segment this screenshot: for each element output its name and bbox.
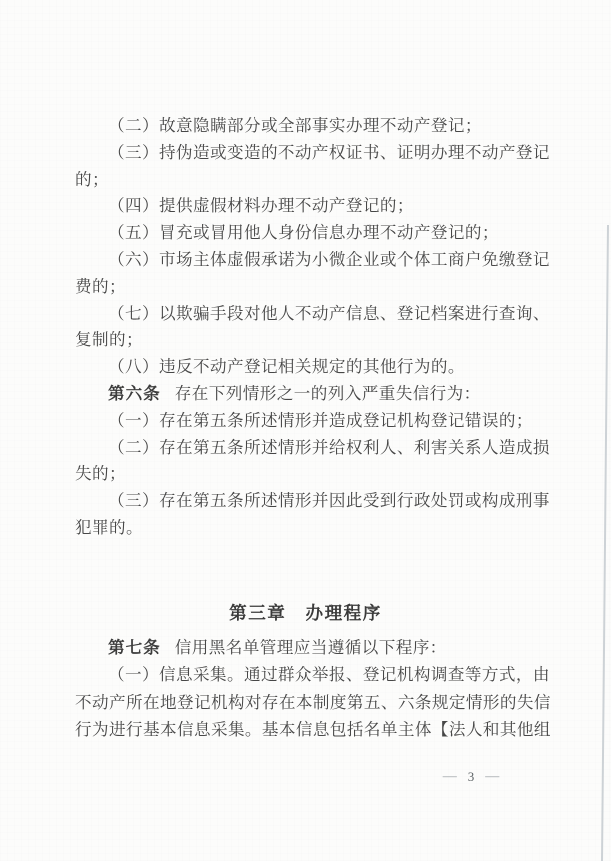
article-line: 第七条信用黑名单管理应当遵循以下程序： bbox=[75, 634, 551, 661]
clause-line: （二）存在第五条所述情形并给权利人、利害关系人造成损 bbox=[75, 435, 551, 462]
page-number-dash-right: — bbox=[485, 769, 499, 785]
procedure-section: 第七条信用黑名单管理应当遵循以下程序： （一）信息采集。通过群众举报、登记机构调… bbox=[75, 634, 551, 743]
page-number-value: 3 bbox=[468, 769, 475, 785]
clause-line-continuation: 不动产所在地登记机构对存在本制度第五、六条规定情形的失信 bbox=[75, 689, 551, 716]
clause-line-continuation: 复制的； bbox=[75, 327, 551, 354]
chapter-heading: 第三章 办理程序 bbox=[0, 600, 611, 627]
clause-line-continuation: 的； bbox=[75, 167, 551, 194]
clause-line-continuation: 费的； bbox=[75, 274, 551, 301]
page-number: — 3 — bbox=[427, 769, 515, 785]
scanned-document-page: （二）故意隐瞒部分或全部事实办理不动产登记； （三）持伪造或变造的不动产权证书、… bbox=[0, 0, 611, 861]
clause-line: （一）信息采集。通过群众举报、登记机构调查等方式，由 bbox=[75, 661, 551, 688]
article-number-label: 第六条 bbox=[108, 384, 161, 403]
article-line: 第六条存在下列情形之一的列入严重失信行为： bbox=[75, 381, 551, 408]
clause-line: （五）冒充或冒用他人身份信息办理不动产登记的； bbox=[75, 220, 551, 247]
clause-line: （三）持伪造或变造的不动产权证书、证明办理不动产登记 bbox=[75, 140, 551, 167]
article-text: 存在下列情形之一的列入严重失信行为： bbox=[175, 384, 481, 403]
article-number-label: 第七条 bbox=[108, 638, 161, 657]
clause-line: （三）存在第五条所述情形并因此受到行政处罚或构成刑事 bbox=[75, 488, 551, 515]
clause-line: （六）市场主体虚假承诺为小微企业或个体工商户免缴登记 bbox=[75, 247, 551, 274]
clause-section: （二）故意隐瞒部分或全部事实办理不动产登记； （三）持伪造或变造的不动产权证书、… bbox=[75, 113, 551, 542]
clause-line: （四）提供虚假材料办理不动产登记的； bbox=[75, 193, 551, 220]
clause-line: （二）故意隐瞒部分或全部事实办理不动产登记； bbox=[75, 113, 551, 140]
article-text: 信用黑名单管理应当遵循以下程序： bbox=[175, 638, 447, 657]
clause-line: （一）存在第五条所述情形并造成登记机构登记错误的； bbox=[75, 408, 551, 435]
page-number-dash-left: — bbox=[443, 769, 457, 785]
clause-line-continuation: 犯罪的。 bbox=[75, 515, 551, 542]
clause-line: （八）违反不动产登记相关规定的其他行为的。 bbox=[75, 354, 551, 381]
scan-edge-line bbox=[601, 225, 609, 861]
clause-line-continuation: 行为进行基本信息采集。基本信息包括名单主体【法人和其他组 bbox=[75, 716, 551, 743]
clause-line-continuation: 失的； bbox=[75, 461, 551, 488]
clause-line: （七）以欺骗手段对他人不动产信息、登记档案进行查询、 bbox=[75, 301, 551, 328]
